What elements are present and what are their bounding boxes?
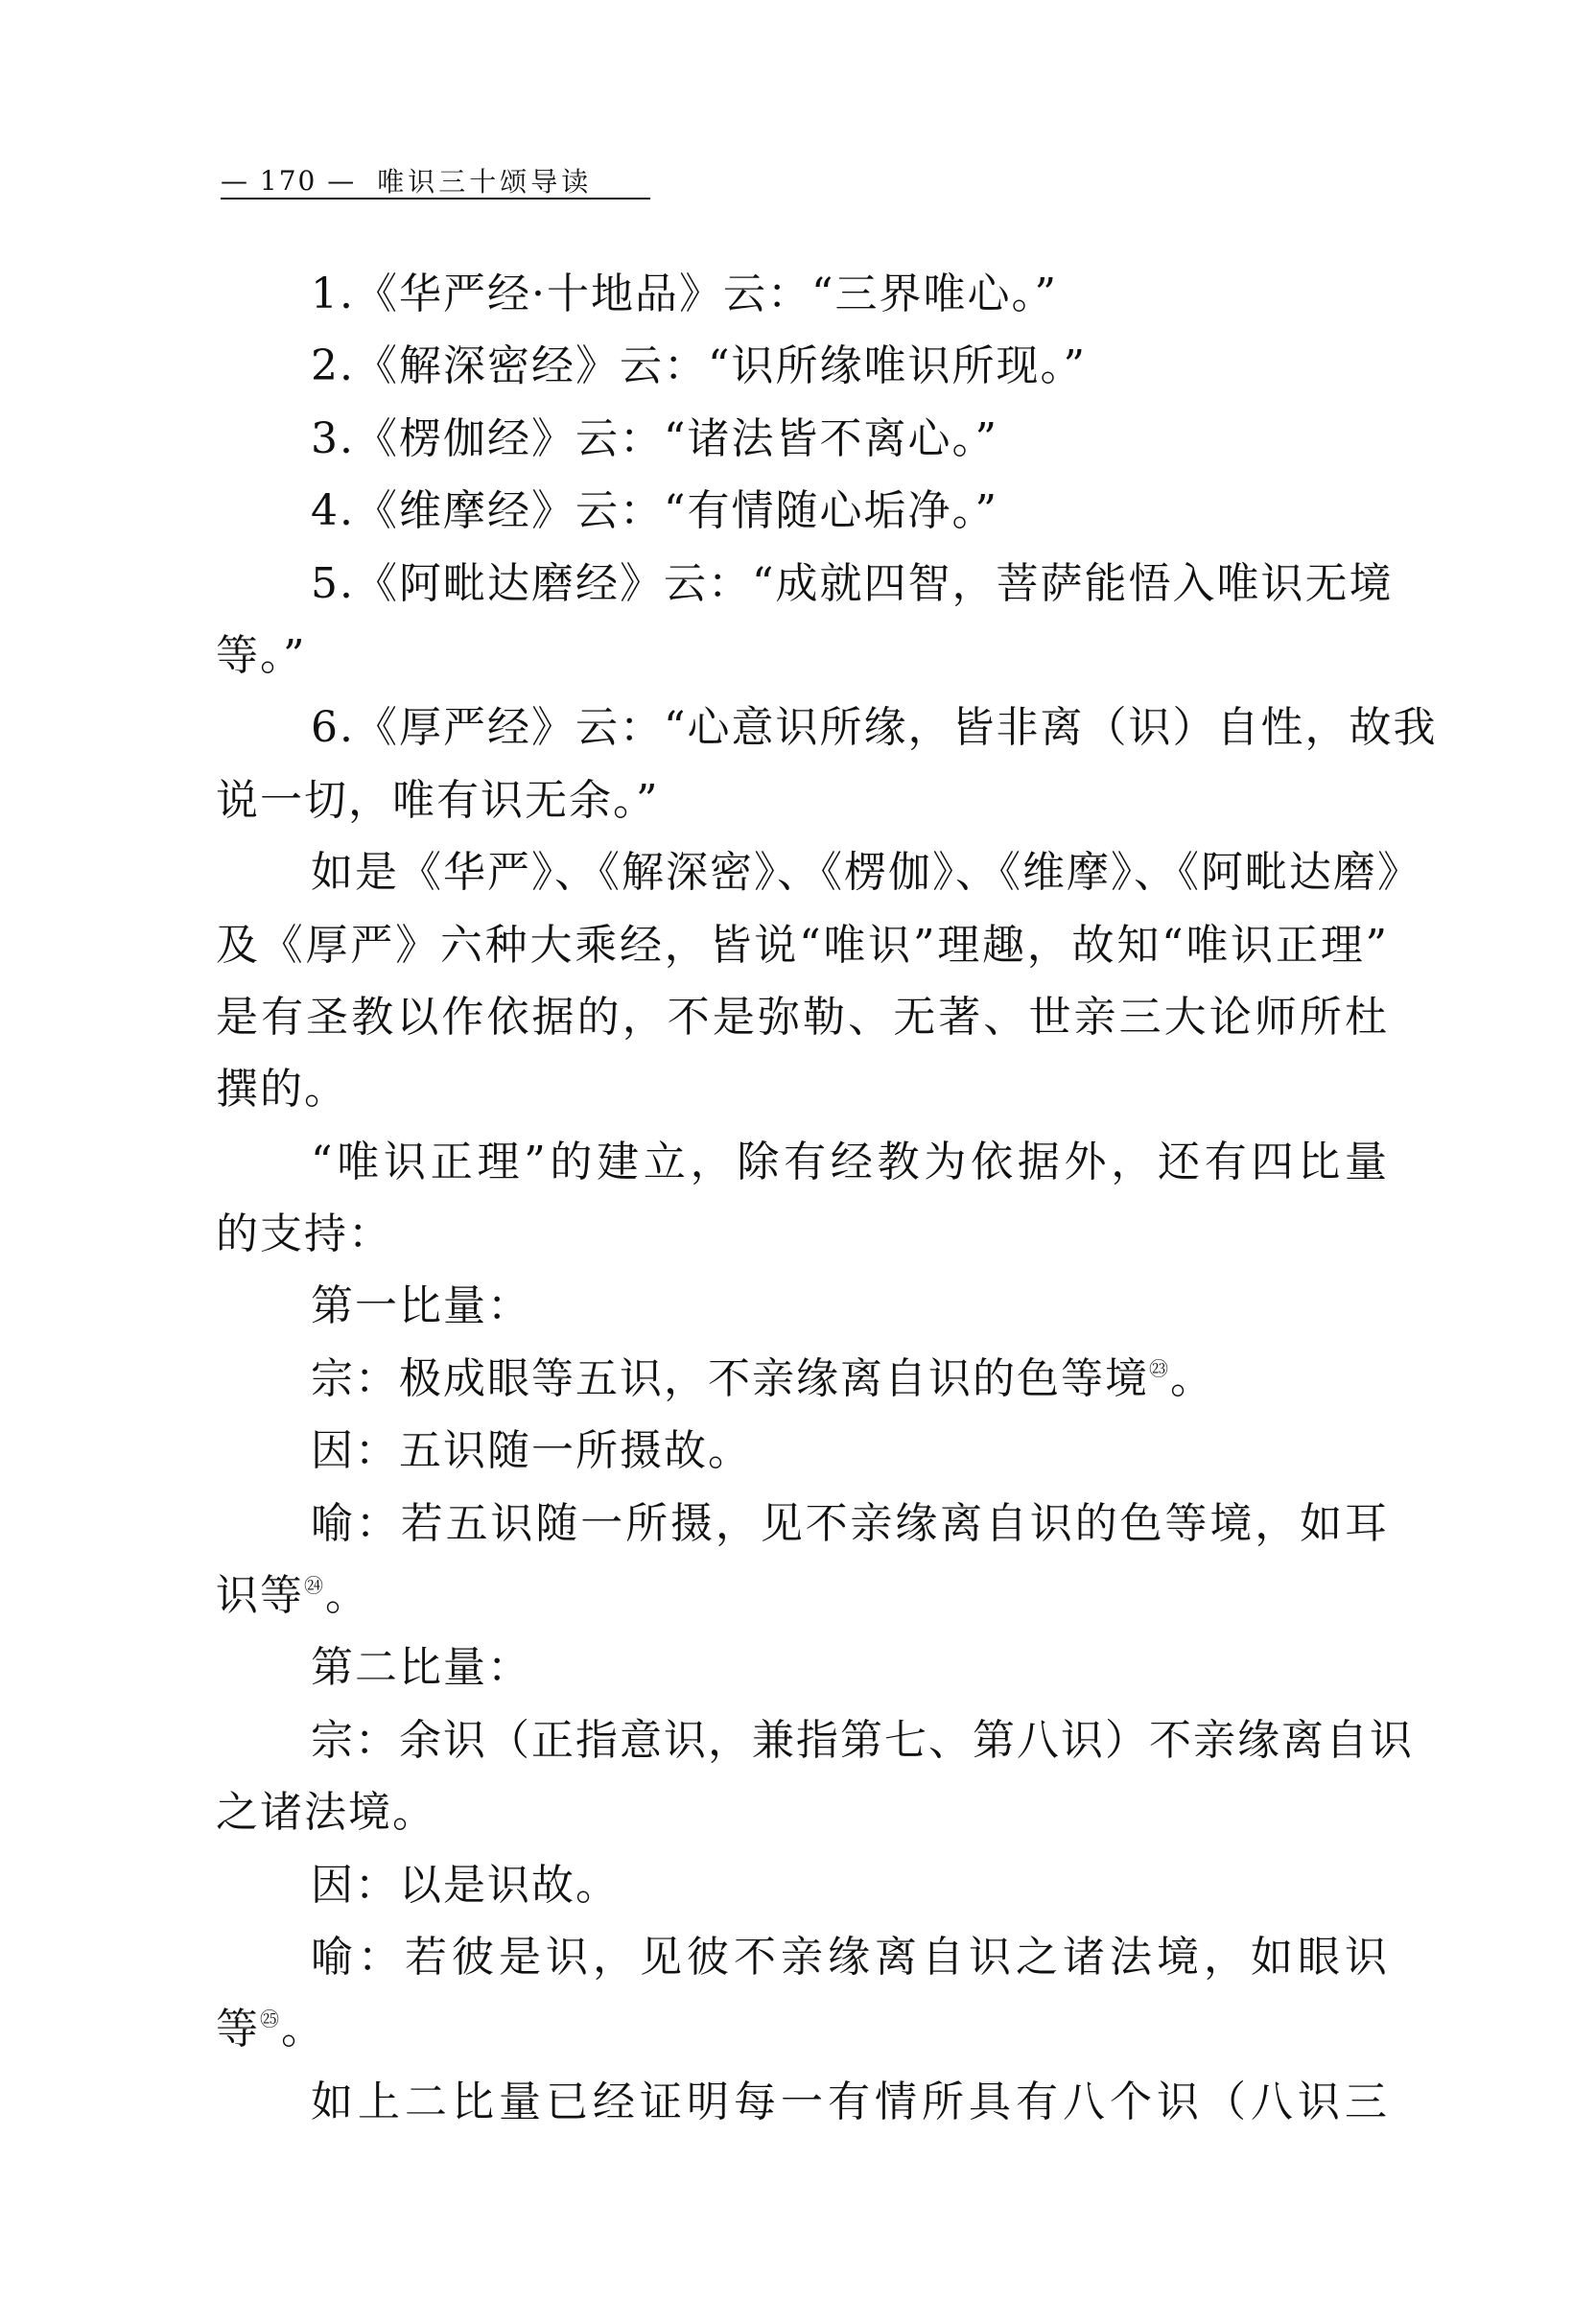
running-header: — 170 — 唯识三十颂导读: [221, 163, 650, 200]
text-line: 的支持：: [216, 1198, 1389, 1270]
text-line: 因：以是识故。: [216, 1849, 1389, 1921]
text-line: 5.《阿毗达磨经》云：“成就四智，菩萨能悟入唯识无境: [216, 548, 1389, 620]
text-line: 说一切，唯有识无余。”: [216, 764, 1389, 836]
text-line: 撰的。: [216, 1053, 1389, 1125]
text-line: 3.《楞伽经》云：“诸法皆不离心。”: [216, 403, 1389, 475]
text-line: 宗：极成眼等五识，不亲缘离自识的色等境㉓。: [216, 1343, 1389, 1415]
text-line: 第二比量：: [216, 1632, 1389, 1703]
text-line: 等。”: [216, 620, 1389, 692]
page-body: 1.《华严经·十地品》云：“三界唯心。” 2.《解深密经》云：“识所缘唯识所现。…: [216, 258, 1389, 2138]
text-line: 因：五识随一所摄故。: [216, 1415, 1389, 1487]
text-line: 喻：若五识随一所摄，见不亲缘离自识的色等境，如耳: [216, 1488, 1389, 1560]
text-line: 6.《厚严经》云：“心意识所缘，皆非离（识）自性，故我: [216, 692, 1389, 763]
text-line: 喻：若彼是识，见彼不亲缘离自识之诸法境，如眼识: [216, 1921, 1389, 1993]
text-line: 如上二比量已经证明每一有情所具有八个识（八识三: [216, 2066, 1389, 2138]
text-line: 识等㉔。: [216, 1560, 1389, 1632]
text-line: 如是《华严》、《解深密》、《楞伽》、《维摩》、《阿毗达磨》: [216, 836, 1389, 908]
footnote-marker: ㉔: [304, 1574, 325, 1597]
text-line: 等㉕。: [216, 1993, 1389, 2065]
footnote-marker: ㉓: [1149, 1357, 1170, 1380]
text-line: 及《厚严》六种大乘经，皆说“唯识”理趣，故知“唯识正理”: [216, 909, 1389, 981]
text-line: 宗：余识（正指意识，兼指第七、第八识）不亲缘离自识: [216, 1704, 1389, 1776]
text-line: 1.《华严经·十地品》云：“三界唯心。”: [216, 258, 1389, 330]
page-number: — 170 —: [221, 165, 356, 197]
footnote-marker: ㉕: [260, 2008, 281, 2031]
book-title: 唯识三十颂导读: [377, 161, 592, 200]
text-line: 4.《维摩经》云：“有情随心垢净。”: [216, 475, 1389, 547]
text-line: 2.《解深密经》云：“识所缘唯识所现。”: [216, 330, 1389, 402]
text-line: 第一比量：: [216, 1270, 1389, 1342]
text-line: “唯识正理”的建立，除有经教为依据外，还有四比量: [216, 1126, 1389, 1198]
text-line: 是有圣教以作依据的，不是弥勒、无著、世亲三大论师所杜: [216, 981, 1389, 1053]
text-line: 之诸法境。: [216, 1776, 1389, 1848]
